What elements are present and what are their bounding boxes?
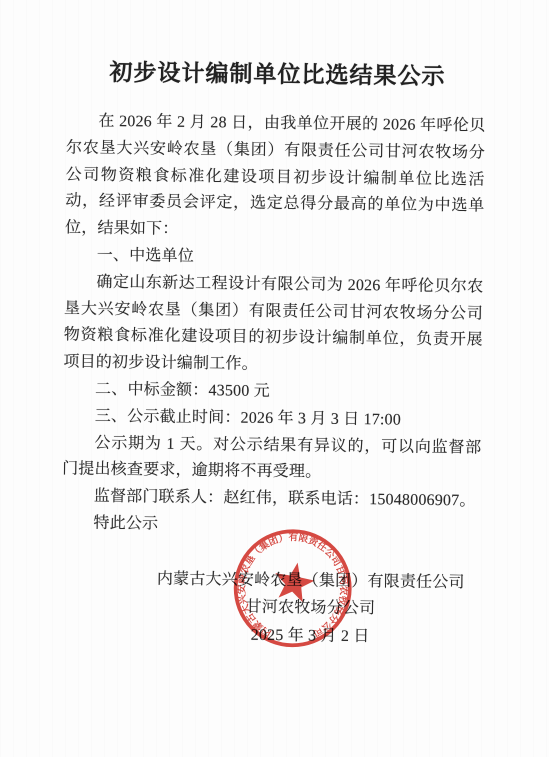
signature-date: 2025 年 3 月 2 日: [151, 620, 469, 651]
document-title: 初步设计编制单位比选结果公示: [3, 53, 549, 93]
paragraph-objection-notice: 公示期为 1 天。对公示结果有异议的，可以向监督部门提出核查要求，逾期将不再受理…: [62, 430, 482, 489]
signature-block: 内蒙古大兴安岭农垦（集团）有限责任公司 甘河农牧场分公司 2025 年 3 月 …: [151, 565, 470, 651]
signature-branch: 甘河农牧场分公司: [151, 593, 469, 624]
scanned-document-page: 初步设计编制单位比选结果公示 在 2026 年 2 月 28 日，由我单位开展的…: [0, 0, 549, 757]
paragraph-intro: 在 2026 年 2 月 28 日，由我单位开展的 2026 年呼伦贝尔农垦大兴…: [65, 108, 486, 247]
document-body: 在 2026 年 2 月 28 日，由我单位开展的 2026 年呼伦贝尔农垦大兴…: [0, 108, 549, 543]
line-hereby-announced: 特此公示: [61, 510, 480, 542]
signature-company: 内蒙古大兴安岭农垦（集团）有限责任公司: [152, 565, 470, 596]
paragraph-selected-unit-detail: 确定山东新达工程设计有限公司为 2026 年呼伦贝尔农垦大兴安岭农垦（集团）有限…: [63, 269, 483, 381]
